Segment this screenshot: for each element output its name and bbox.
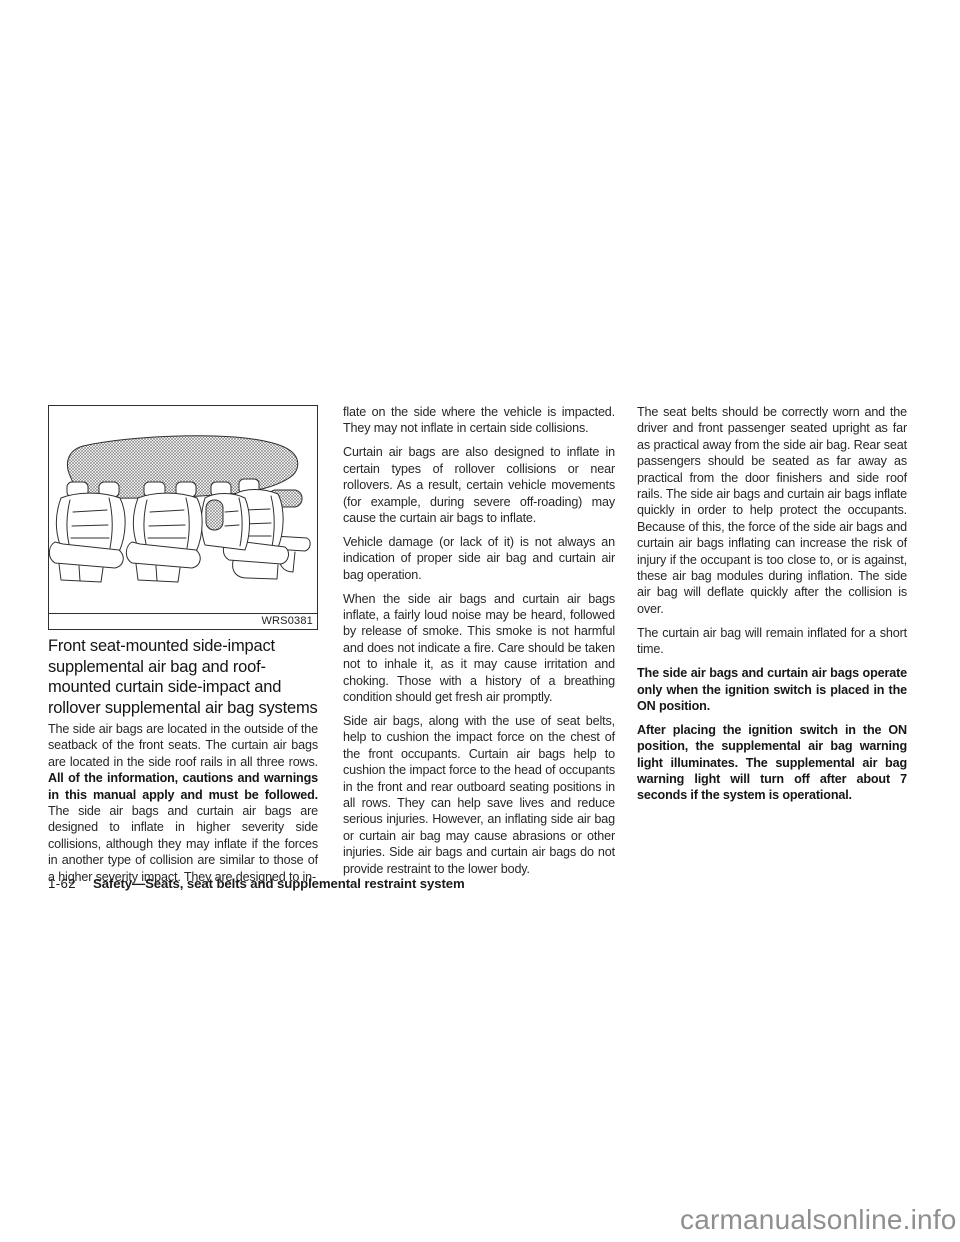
text-column-1: The side air bags are located in the out… [48, 721, 318, 893]
seat-airbag-illustration [49, 406, 317, 613]
figure-seat-airbag: WRS0381 [48, 405, 318, 630]
paragraph: The side air bags and curtain air bags o… [637, 665, 907, 714]
watermark: carmanualsonline.info [680, 1204, 957, 1236]
text-segment: Side air bags, along with the use of sea… [343, 714, 615, 876]
paragraph: After placing the ignition switch in the… [637, 722, 907, 804]
paragraph: flate on the side where the vehicle is i… [343, 404, 615, 437]
page-footer: 1-62Safety—Seats, seat belts and supplem… [48, 876, 908, 891]
section-heading: Front seat-mounted side-impact supplemen… [48, 636, 328, 718]
text-segment: Vehicle damage (or lack of it) is not al… [343, 535, 615, 582]
paragraph: Vehicle damage (or lack of it) is not al… [343, 534, 615, 583]
text-column-2: flate on the side where the vehicle is i… [343, 404, 615, 884]
paragraph: Curtain air bags are also designed to in… [343, 444, 615, 526]
text-segment: The curtain air bag will remain inflated… [637, 626, 907, 656]
bold-text-segment: After placing the ignition switch in the… [637, 723, 907, 803]
seat-airbag-line-art-svg [49, 406, 317, 613]
bold-text-segment: The side air bags and curtain air bags o… [637, 666, 907, 713]
paragraph: When the side air bags and curtain air b… [343, 591, 615, 706]
page-number: 1-62 [48, 876, 76, 891]
figure-code-label: WRS0381 [49, 613, 317, 629]
text-segment: The side air bags and curtain air bags a… [48, 804, 318, 884]
manual-page: WRS0381 Front seat-mounted side-impact s… [0, 0, 960, 1242]
text-column-3: The seat belts should be correctly worn … [637, 404, 907, 811]
seat-row-one [49, 482, 125, 582]
text-segment: When the side air bags and curtain air b… [343, 592, 615, 704]
text-segment: The seat belts should be correctly worn … [637, 405, 907, 616]
paragraph: The curtain air bag will remain inflated… [637, 625, 907, 658]
text-segment: The side air bags are located in the out… [48, 722, 318, 769]
footer-section-title: Safety—Seats, seat belts and supplementa… [93, 876, 465, 891]
paragraph: The side air bags are located in the out… [48, 721, 318, 885]
paragraph: Side air bags, along with the use of sea… [343, 713, 615, 877]
text-segment: flate on the side where the vehicle is i… [343, 405, 615, 435]
bold-text-segment: All of the information, cautions and war… [48, 771, 318, 801]
text-segment: Curtain air bags are also designed to in… [343, 445, 615, 525]
paragraph: The seat belts should be correctly worn … [637, 404, 907, 617]
side-airbag-shape [206, 500, 223, 530]
